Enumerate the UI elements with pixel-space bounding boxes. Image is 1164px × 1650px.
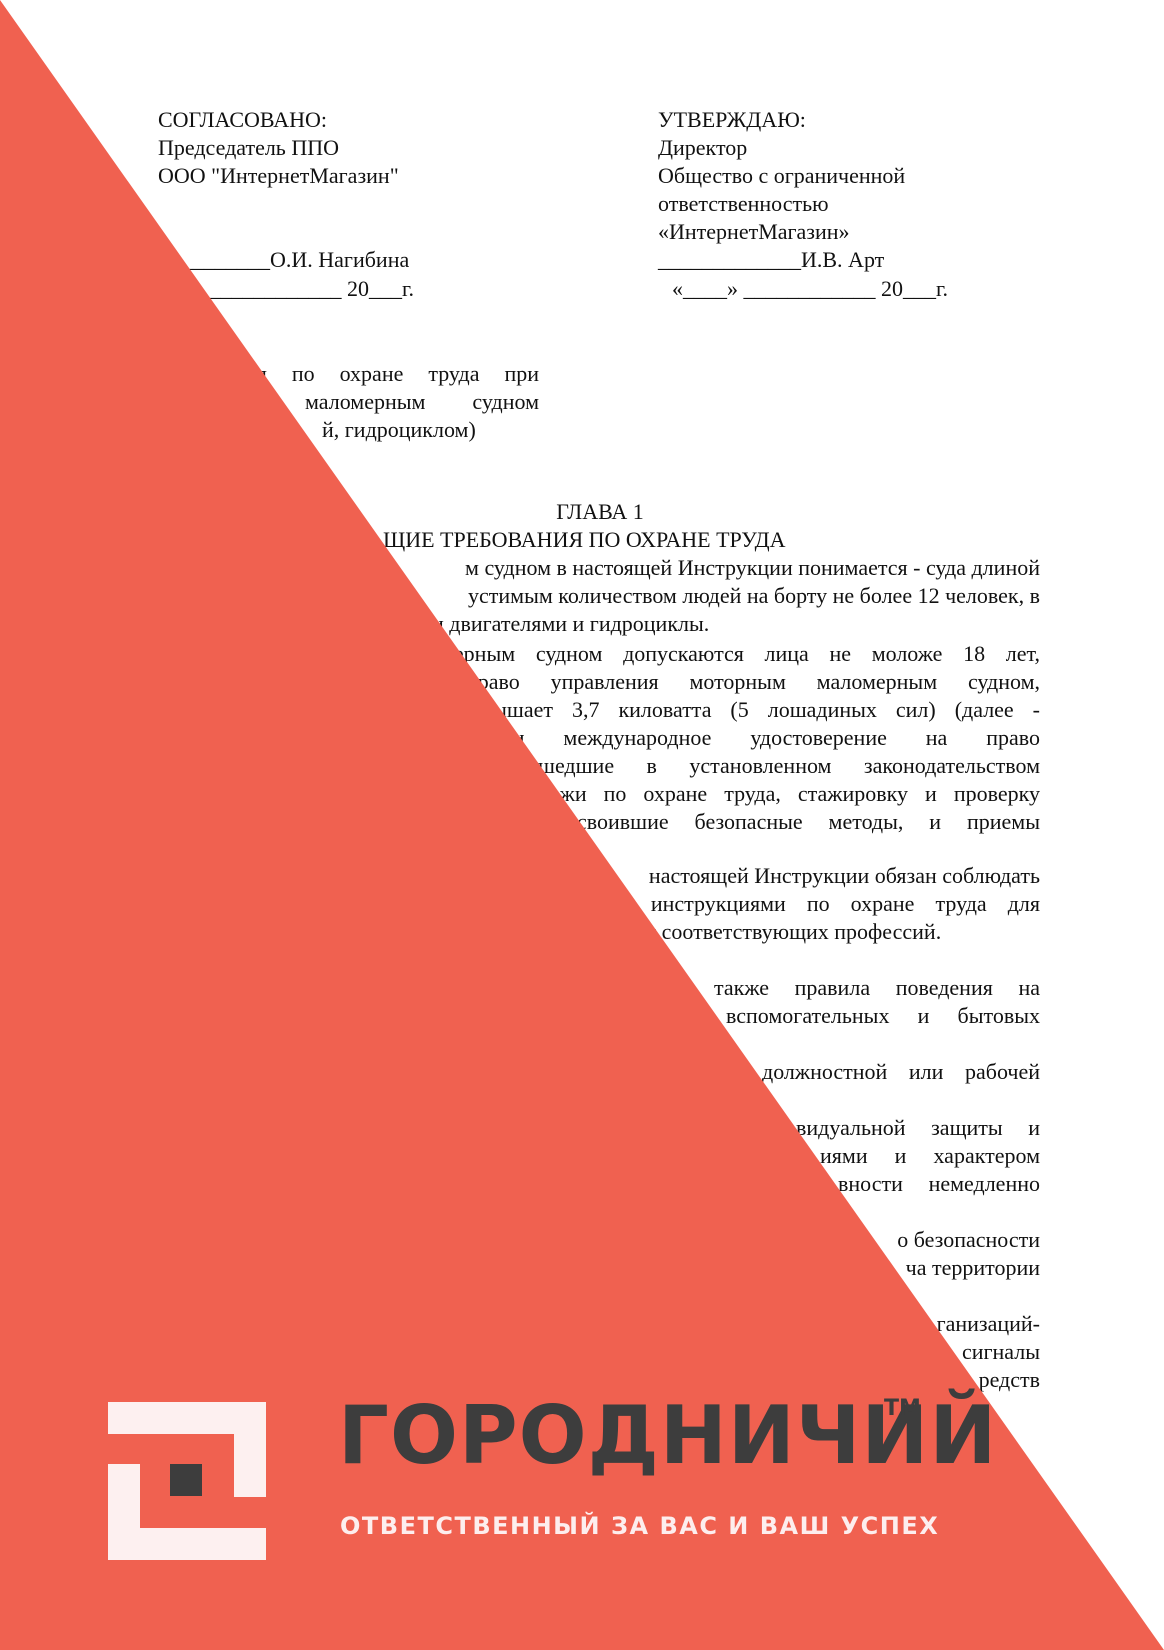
body-line: о безопасности (882, 1226, 1040, 1254)
brand-slogan: ОТВЕТСТВЕННЫЙ ЗА ВАС И ВАШ УСПЕХ (340, 1512, 939, 1540)
signature-line: __________О.И. Нагибина (160, 246, 409, 274)
body-line: устимым количеством людей на борту не бо… (390, 582, 1040, 610)
body-line: должностной или рабочей (762, 1058, 1040, 1086)
body-line: тажи по охране труда, стажировку и прове… (540, 780, 1040, 808)
brand-logo-icon (108, 1402, 266, 1560)
body-line: вности немедленно (838, 1170, 1040, 1198)
body-line: или международное удостоверение на право (490, 724, 1040, 752)
body-line: видуальной защиты и (796, 1114, 1040, 1142)
body-line: также правила поведения на (714, 974, 1040, 1002)
approver-position: Директор (658, 134, 747, 162)
title-line-3: й, гидроциклом) (322, 416, 476, 444)
approval-heading: СОГЛАСОВАНО: (158, 106, 327, 134)
body-line: сигналы (952, 1338, 1040, 1366)
body-line: право управления моторным маломерным суд… (466, 668, 1040, 696)
body-line: ганизаций- (934, 1310, 1040, 1338)
body-line: и двигателями и гидроциклы. (432, 610, 709, 638)
chapter-title: ЩИЕ ТРЕБОВАНИЯ ПО ОХРАНЕ ТРУДА (383, 526, 785, 554)
approval-heading: УТВЕРЖДАЮ: (658, 106, 806, 134)
body-line: евышает 3,7 киловатта (5 лошадиных сил) … (472, 696, 1040, 724)
body-line: мерным судном допускаются лица не моложе… (440, 640, 1040, 668)
body-line: е инструкциями по охране труда для (620, 890, 1040, 918)
title-line-1: ия по охране труда при (245, 360, 539, 388)
body-line: ча территории (896, 1254, 1040, 1282)
brand-trademark: ТМ (884, 1396, 921, 1421)
title-line-2: маломерным судном (305, 388, 539, 416)
approver-organization-line-1: Общество с ограниченной (658, 162, 905, 190)
approver-organization: ООО "ИнтернетМагазин" (158, 162, 399, 190)
body-line: я соответствующих профессий. (646, 918, 941, 946)
body-line: иями и характером (820, 1142, 1040, 1170)
body-line: настоящей Инструкции обязан соблюдать (600, 862, 1040, 890)
signature-line: _____________И.В. Арт (658, 246, 884, 274)
body-line: вспомогательных и бытовых (726, 1002, 1040, 1030)
approver-organization-line-3: «ИнтернетМагазин» (658, 218, 850, 246)
body-line: м судном в настоящей Инструкции понимает… (348, 554, 1040, 582)
approver-organization-line-2: ответственностью (658, 190, 829, 218)
date-line: «____» ____________ 20___г. (672, 275, 948, 303)
date-line: «__» ____________ 20___г. (160, 275, 414, 303)
body-line: рошедшие в установленном законодательств… (516, 752, 1040, 780)
chapter-number: ГЛАВА 1 (500, 498, 700, 526)
approver-position: Председатель ППО (158, 134, 339, 162)
body-line: усвоившие безопасные методы, и приемы (566, 808, 1040, 836)
